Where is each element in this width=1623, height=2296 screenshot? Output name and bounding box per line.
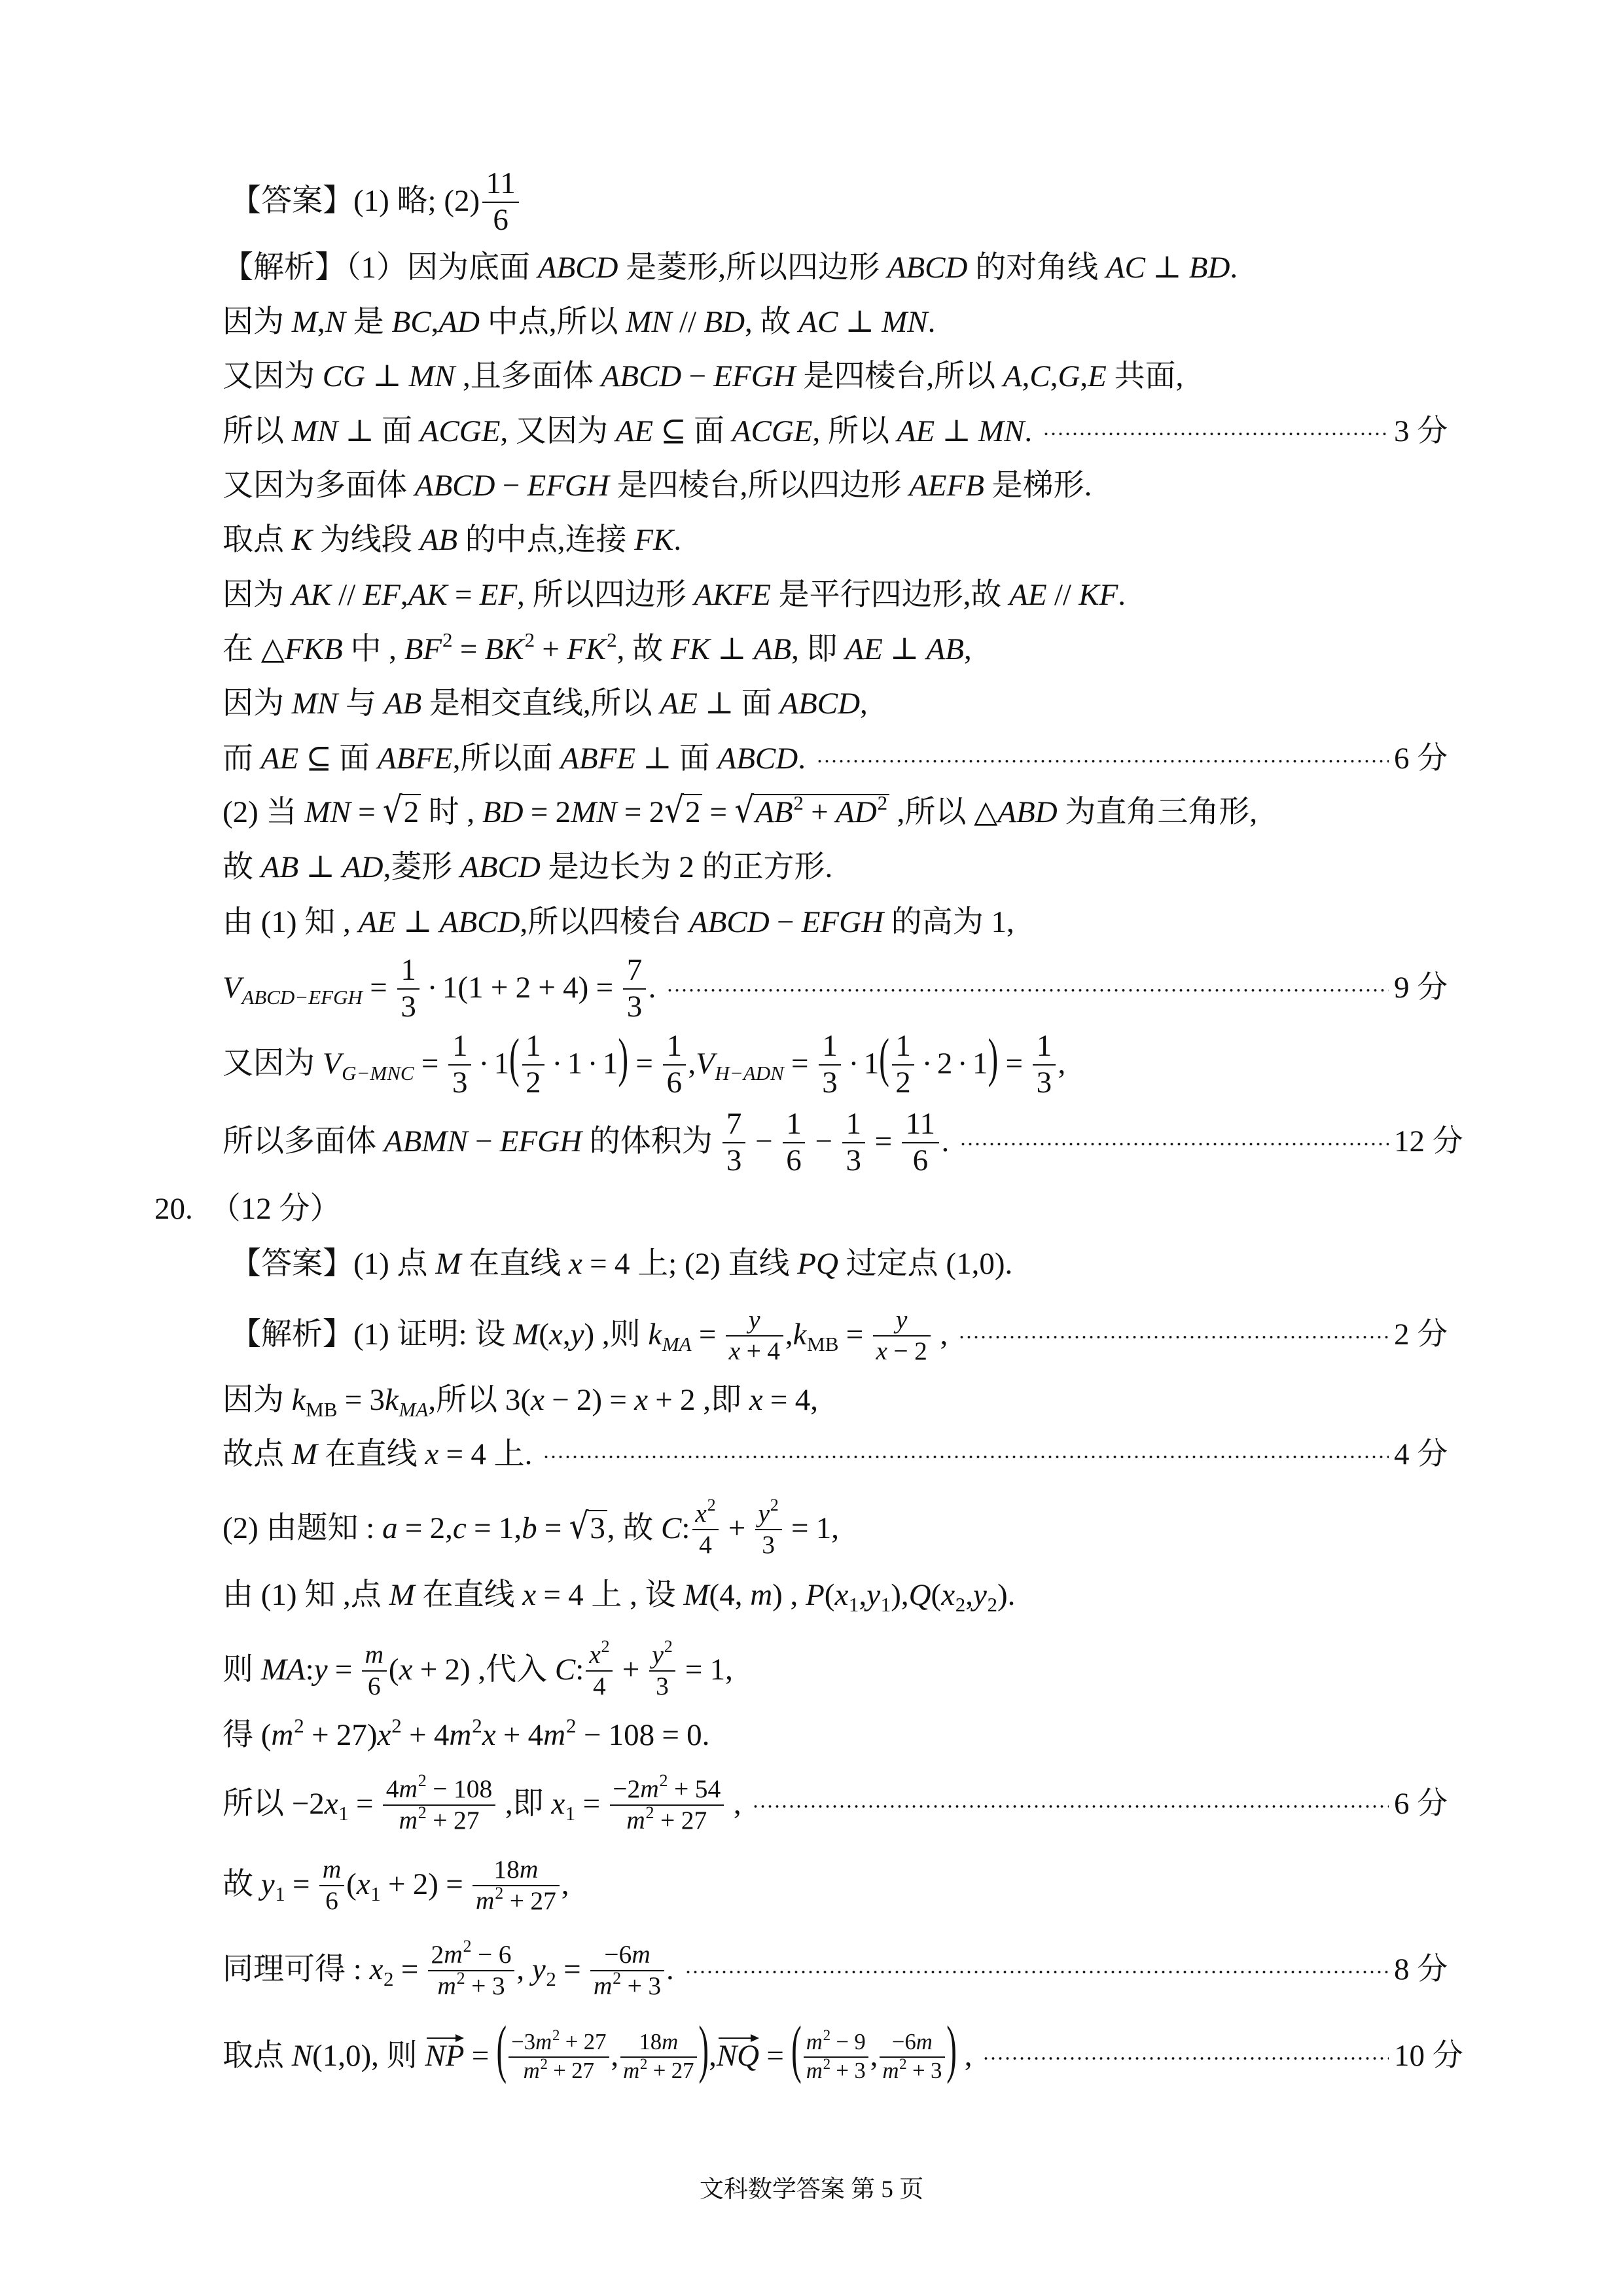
text-run: 11 bbox=[906, 1107, 935, 1141]
fraction: 116 bbox=[902, 1109, 939, 1176]
math-variable: x bbox=[695, 1499, 707, 1528]
text-run: 3 bbox=[931, 2058, 942, 2083]
math-variable: m bbox=[365, 1640, 384, 1669]
fraction: 13 bbox=[842, 1109, 865, 1176]
subscript: 1 bbox=[275, 1882, 285, 1905]
text-run: , bbox=[516, 1952, 532, 1986]
math-operator: = bbox=[766, 2039, 784, 2073]
math-operator: = bbox=[356, 1787, 374, 1821]
math-operator: − bbox=[815, 1124, 832, 1158]
text-run: 18 bbox=[493, 1855, 519, 1884]
denominator: 3 bbox=[722, 1143, 745, 1176]
numerator: 1 bbox=[397, 955, 420, 990]
big-parenthesis: ( bbox=[791, 2018, 802, 2083]
text-run: , bbox=[957, 2039, 972, 2073]
math-variable: x bbox=[325, 1787, 338, 1821]
math-operator: + bbox=[836, 2058, 849, 2083]
math-operator: = bbox=[446, 1867, 463, 1901]
superscript: 2 bbox=[540, 2056, 547, 2072]
math-variable: y bbox=[758, 1499, 770, 1528]
denominator: 3 bbox=[842, 1143, 865, 1176]
fraction: −6mm2+3 bbox=[880, 2031, 944, 2083]
page-footer: 文科数学答案 第 5 页 bbox=[0, 2170, 1623, 2210]
text-run: 7 bbox=[627, 953, 643, 987]
text-run: 1 bbox=[822, 1029, 838, 1063]
denominator: 6 bbox=[902, 1143, 939, 1176]
math-variable: EFGH bbox=[500, 1124, 582, 1158]
math-operator: = bbox=[563, 1952, 581, 1986]
text-run: 1 bbox=[895, 1029, 911, 1063]
math-operator: − bbox=[836, 2029, 849, 2054]
superscript: 2 bbox=[640, 2056, 647, 2072]
numerator: 7 bbox=[722, 1109, 745, 1143]
math-variable: x bbox=[370, 1952, 383, 1986]
denominator: 6 bbox=[783, 1143, 806, 1176]
numerator: 1 bbox=[448, 1031, 471, 1066]
text-run: 2 bbox=[431, 1940, 444, 1969]
answer-key-page: 【答案】(1) 略; (2)116 【解析】（1）因为底面 ABCD 是菱形,所… bbox=[0, 0, 1623, 2296]
math-variable: m bbox=[524, 2058, 540, 2083]
text-run: 的体积为 bbox=[582, 1124, 721, 1158]
numerator: 1 bbox=[819, 1031, 842, 1066]
math-variable: m bbox=[662, 2029, 678, 2054]
superscript: 2 bbox=[495, 1884, 503, 1903]
numerator: y2 bbox=[755, 1501, 782, 1530]
math-operator: + bbox=[553, 2058, 566, 2083]
text-run: 108 bbox=[454, 1774, 492, 1803]
numerator: −3m2+27 bbox=[508, 2031, 609, 2058]
text-run: 1 bbox=[401, 953, 416, 987]
math-variable: m bbox=[323, 1855, 342, 1884]
numerator: 4m2−108 bbox=[383, 1776, 495, 1806]
text-run: 同理可得 : bbox=[223, 1952, 370, 1986]
numerator: 1 bbox=[842, 1109, 865, 1143]
math-variable: y bbox=[261, 1867, 275, 1901]
math-variable: m bbox=[916, 2029, 933, 2054]
superscript: 2 bbox=[472, 1714, 482, 1737]
superscript: 2 bbox=[457, 1969, 465, 1988]
math-operator: = bbox=[583, 1787, 601, 1821]
text-run: 1 bbox=[786, 1107, 802, 1141]
footer-page-label: 文科数学答案 第 5 页 bbox=[700, 2176, 923, 2203]
text-run: 3 bbox=[846, 1143, 862, 1177]
fraction: 16 bbox=[783, 1109, 806, 1176]
math-operator: = bbox=[401, 1952, 419, 1986]
text-run: 7 bbox=[726, 1107, 742, 1141]
solution-line: 所以多面体 ABMN−EFGH 的体积为 73−16−13=116. 12 分 bbox=[223, 1076, 1466, 1207]
text-run: , bbox=[709, 2039, 717, 2073]
numerator: x2 bbox=[692, 1501, 719, 1530]
subscript: 2 bbox=[546, 1967, 556, 1990]
text-run: 取点 bbox=[223, 2039, 292, 2073]
text-run: −3 bbox=[511, 2029, 535, 2054]
fraction: 18mm2+27 bbox=[620, 2031, 697, 2083]
math-variable: m bbox=[882, 2058, 899, 2083]
numerator: y bbox=[726, 1307, 783, 1336]
text-run: 18 bbox=[639, 2029, 662, 2054]
numerator: 1 bbox=[663, 1031, 686, 1066]
numerator: m bbox=[362, 1642, 387, 1672]
text-run: 2) bbox=[413, 1867, 438, 1901]
text-run: (1,0), 则 bbox=[312, 2039, 425, 2073]
text-run: −6 bbox=[892, 2029, 916, 2054]
text-run: . bbox=[666, 1952, 674, 1986]
math-variable: m bbox=[806, 2058, 823, 2083]
fraction: 73 bbox=[722, 1109, 745, 1176]
text-run: 6 bbox=[786, 1143, 802, 1177]
math-variable: m bbox=[632, 1940, 651, 1969]
subscript: 1 bbox=[370, 1882, 381, 1905]
superscript: 2 bbox=[660, 1771, 668, 1790]
math-operator: + bbox=[388, 1867, 406, 1901]
vector-arrow-notation: NQ bbox=[717, 2036, 759, 2072]
math-variable: m bbox=[806, 2029, 823, 2054]
text-run: 3 bbox=[854, 2058, 865, 2083]
math-variable: y bbox=[749, 1305, 760, 1334]
text-run: 1 bbox=[846, 1107, 862, 1141]
text-run: −6 bbox=[604, 1940, 632, 1969]
math-operator: + bbox=[565, 2029, 579, 2054]
math-operator: − bbox=[475, 1124, 493, 1158]
math-operator: + bbox=[674, 1774, 688, 1803]
dot-leader bbox=[982, 1990, 1389, 2121]
text-run: 6 bbox=[499, 1940, 512, 1969]
denominator: m2+3 bbox=[880, 2058, 944, 2083]
numerator: m2−9 bbox=[804, 2031, 868, 2058]
superscript: 2 bbox=[566, 1714, 577, 1737]
big-parenthesis: ( bbox=[497, 2018, 507, 2083]
math-variable: N bbox=[292, 2039, 312, 2073]
numerator: −6m bbox=[880, 2031, 944, 2058]
denominator: m2+27 bbox=[508, 2058, 609, 2083]
numerator: 11 bbox=[482, 168, 520, 203]
numerator: 2m2−6 bbox=[428, 1942, 514, 1971]
math-operator: = bbox=[293, 1867, 310, 1901]
numerator: −6m bbox=[590, 1942, 664, 1971]
superscript: 2 bbox=[823, 2027, 830, 2043]
numerator: y2 bbox=[649, 1642, 676, 1672]
text-run: , bbox=[562, 1867, 569, 1901]
math-variable: m bbox=[520, 1855, 539, 1884]
text-run: . bbox=[941, 1124, 949, 1158]
math-variable: m bbox=[623, 2058, 639, 2083]
text-run: 9 bbox=[854, 2029, 865, 2054]
denominator: m2+27 bbox=[620, 2058, 697, 2083]
numerator: 18m bbox=[620, 2031, 697, 2058]
superscript: 2 bbox=[463, 1937, 472, 1956]
text-run: 1 bbox=[1037, 1029, 1052, 1063]
math-variable: x bbox=[357, 1867, 370, 1901]
math-variable: m bbox=[444, 1940, 463, 1969]
line-content: 取点 N(1,0), 则 NP=(−3m2+27m2+27,18mm2+27),… bbox=[223, 1990, 972, 2121]
text-run: 所以 −2 bbox=[223, 1787, 325, 1821]
text-run: 27 bbox=[571, 2058, 594, 2083]
math-variable: m bbox=[640, 1774, 659, 1803]
superscript: 2 bbox=[418, 1771, 427, 1790]
vector-arrow-notation: NP bbox=[425, 2036, 464, 2072]
math-operator: − bbox=[755, 1124, 773, 1158]
math-operator: + bbox=[653, 2058, 666, 2083]
numerator: m bbox=[319, 1857, 344, 1886]
math-operator: = bbox=[472, 2039, 490, 2073]
numerator: 7 bbox=[623, 955, 646, 990]
numerator: −2m2+54 bbox=[610, 1776, 724, 1806]
text-run: ,即 bbox=[497, 1787, 551, 1821]
text-run: ( bbox=[346, 1867, 357, 1901]
superscript: 2 bbox=[391, 1714, 402, 1737]
solution-line: 取点 N(1,0), 则 NP=(−3m2+27m2+27,18mm2+27),… bbox=[223, 1990, 1466, 2121]
math-variable: y bbox=[532, 1952, 546, 1986]
denominator: m2+3 bbox=[804, 2058, 868, 2083]
text-run: 27 bbox=[671, 2058, 694, 2083]
math-variable: y bbox=[652, 1640, 664, 1669]
superscript: 2 bbox=[552, 2027, 560, 2043]
text-run: , bbox=[870, 2039, 878, 2073]
score-label: 10 分 bbox=[1394, 1990, 1466, 2121]
math-variable: ABMN bbox=[384, 1124, 468, 1158]
superscript: 2 bbox=[601, 1637, 610, 1656]
numerator: 1 bbox=[783, 1109, 806, 1143]
superscript: 2 bbox=[770, 1496, 779, 1515]
numerator: 11 bbox=[902, 1109, 939, 1143]
superscript: 2 bbox=[899, 2056, 906, 2072]
superscript: 2 bbox=[707, 1496, 716, 1515]
subscript: 2 bbox=[383, 1967, 394, 1990]
text-run: 1 bbox=[666, 1029, 682, 1063]
superscript: 2 bbox=[664, 1637, 673, 1656]
text-run: 4 bbox=[386, 1774, 399, 1803]
score-label: 12 分 bbox=[1394, 1076, 1466, 1207]
math-variable: x bbox=[589, 1640, 601, 1669]
superscript: 2 bbox=[294, 1714, 304, 1737]
numerator: 18m bbox=[473, 1857, 559, 1886]
text-run: 1 bbox=[526, 1029, 541, 1063]
math-operator: + bbox=[912, 2058, 925, 2083]
superscript: 2 bbox=[823, 2056, 830, 2072]
math-variable: x bbox=[551, 1787, 565, 1821]
math-operator: − bbox=[433, 1774, 447, 1803]
text-run: 11 bbox=[486, 166, 516, 200]
fraction: m2−9m2+3 bbox=[804, 2031, 868, 2083]
superscript: 2 bbox=[613, 1969, 621, 1988]
numerator: 1 bbox=[1033, 1031, 1056, 1066]
text-run: 27 bbox=[584, 2029, 607, 2054]
text-run: 故 bbox=[223, 1867, 261, 1901]
text-run: 1 bbox=[452, 1029, 468, 1063]
math-variable: m bbox=[399, 1774, 418, 1803]
math-operator: = bbox=[875, 1124, 893, 1158]
numerator: y bbox=[873, 1307, 931, 1336]
big-parenthesis: ) bbox=[698, 2018, 709, 2083]
fraction: −3m2+27m2+27 bbox=[508, 2031, 609, 2083]
text-run: 6 bbox=[913, 1143, 929, 1177]
text-run: , bbox=[726, 1787, 741, 1821]
numerator: x2 bbox=[586, 1642, 613, 1672]
math-operator: − bbox=[478, 1940, 492, 1969]
text-run: −2 bbox=[613, 1774, 640, 1803]
text-run: 3 bbox=[726, 1143, 742, 1177]
math-variable: m bbox=[535, 2029, 552, 2054]
text-run: 54 bbox=[695, 1774, 721, 1803]
numerator: 1 bbox=[522, 1031, 545, 1066]
question-number: 20. bbox=[154, 1192, 193, 1226]
math-variable: y bbox=[896, 1305, 908, 1334]
big-parenthesis: ) bbox=[946, 2018, 957, 2083]
numerator: 1 bbox=[892, 1031, 915, 1066]
dot-leader bbox=[959, 1076, 1389, 1207]
text-run: , bbox=[611, 2039, 618, 2073]
